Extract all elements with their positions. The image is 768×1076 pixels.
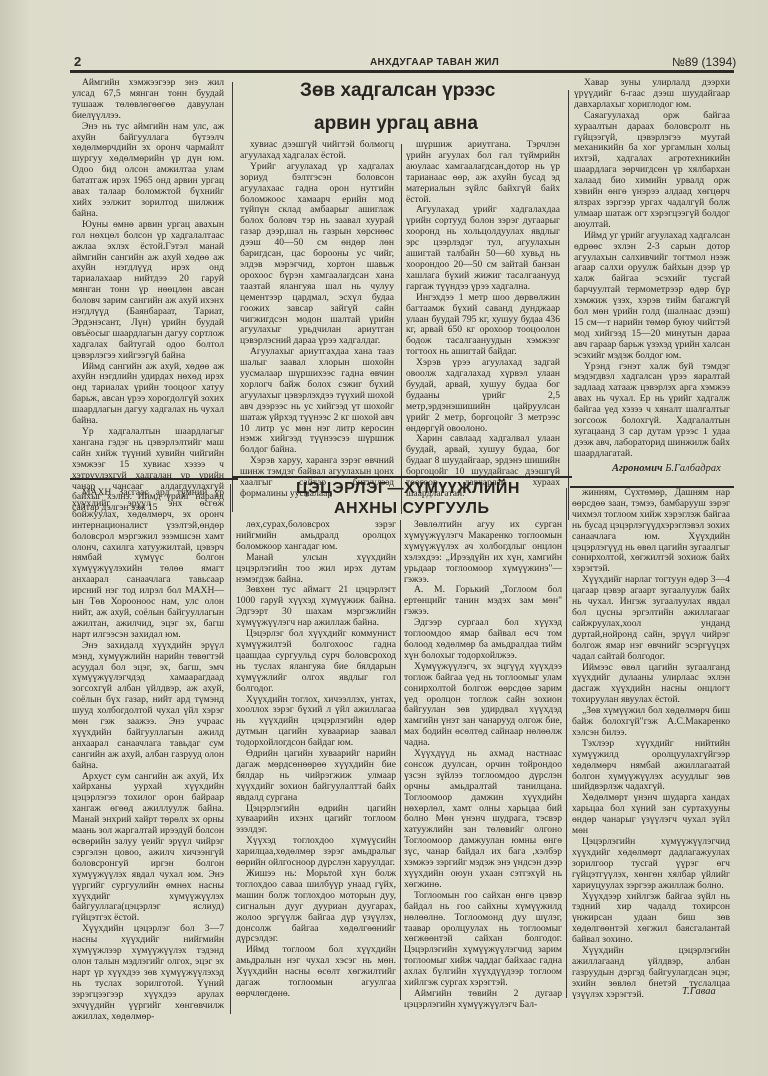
masthead-rule — [70, 70, 734, 73]
paragraph: Цэцэрлэгийн хүмүүжүүлэгчид хүүхдийг хөдө… — [572, 837, 730, 892]
paragraph: Хүүхдийн цэцэрлэг бол 3—7 насны хүүхдийг… — [72, 924, 224, 1022]
paragraph: Агуулахад үрийг хадгалахдаа үрийн сортуу… — [406, 205, 560, 292]
paragraph: Архуст сум сангийн аж ахуй, Их хайрханы … — [72, 772, 224, 925]
article1-title-line1: Зөв хадгалсан үрээс — [300, 80, 495, 102]
paragraph: МАХН Засгаас ард түмний үр хүүхдийг эрүү… — [72, 488, 224, 641]
paragraph: Тэхлээр хүүхдийг нийтийн хүмүүжилд оролц… — [572, 739, 730, 794]
paragraph: Иймд сангийн аж ахуй, хөдөө аж ахуйн нэг… — [72, 362, 224, 427]
section-divider — [70, 478, 238, 480]
paragraph: Аймгийн төвийн 2 дугаар цэцэрлэгийн хүмү… — [404, 989, 562, 1011]
paragraph: Цэцэрлэг бол хүүхдийг коммунист хүмүүжил… — [236, 629, 396, 694]
article2-column-3: Зөвлөлтийн агуу их сурган хүмүүжүүлэгч М… — [404, 520, 562, 1011]
paragraph: шүршиж ариутгана. Тэрчлэн үрийн агуулах … — [406, 140, 560, 205]
paragraph: Зөвлөлтийн агуу их сурган хүмүүжүүлэгч М… — [404, 520, 562, 585]
column-divider — [566, 488, 567, 998]
paragraph: Үрийг агуулахад үр хадгалах зориуд бэлтг… — [240, 162, 394, 347]
paragraph: Агуулахыг ариутгахдаа хана тааз шалыг за… — [240, 347, 394, 456]
paragraph: Жишээ нь: Морьтой хүн болж тоглохдоо сав… — [236, 869, 396, 945]
signature-name: Б.Галбадрах — [665, 463, 721, 474]
signature-role: Агрономич — [612, 463, 663, 474]
newspaper-page: 2 АНХДУГААР ТАВАН ЖИЛ №89 (1394) Зөв хад… — [0, 0, 768, 1076]
paragraph: „Зөв хүмүүжил бол хөдөлмөрч биш байж бол… — [572, 706, 730, 739]
paragraph: хувиас дээшгүй чийгтэй болмогц агуулахад… — [240, 140, 394, 162]
article1-column-1: Аймгийн хэмжээгээр энэ жил улсад 67,5 мя… — [72, 78, 224, 514]
paragraph: Хүүхэд тоглохдоо хүмүүсийн харилцаа,хөдө… — [236, 836, 396, 869]
paragraph: Хүмүүжүүлэгч, эх эцгүүд хүүхдээ тоглож б… — [404, 662, 562, 749]
page-number: 2 — [74, 54, 81, 69]
article1-title-line2: арвин ургац авна — [314, 113, 478, 135]
paragraph: Өдрийн цагийн хуваарийг нарийн дагаж мөр… — [236, 749, 396, 804]
paragraph: А. М. Горький „Тоглоом бол ертөнцийг тан… — [404, 585, 562, 618]
article2-title-line2: АНХНЫ СУРГУУЛЬ — [334, 500, 490, 518]
newspaper-title: АНХДУГААР ТАВАН ЖИЛ — [370, 57, 499, 68]
article1-column-2: хувиас дээшгүй чийгтэй болмогц агуулахад… — [240, 140, 394, 500]
section-divider — [232, 476, 572, 478]
paragraph: Ингэхдээ 1 метр шоо дөрвөлжин багтаамж б… — [406, 293, 560, 358]
article1-signature: Агрономич Б.Галбадрах — [612, 463, 721, 474]
paragraph: Саяагуулахад орж байгаа хураалтын дараах… — [574, 111, 730, 231]
column-divider — [230, 484, 231, 1014]
article2-column-4: жинням, Сүхтөмөр, Дашням нар өөрсдөө заа… — [572, 488, 730, 1001]
article2-column-2: лөх,сурах,боловсрох зэрэг нийгмийн амьдр… — [236, 520, 396, 1000]
paragraph: Хүүхдийн тоглох, хичээллэх, унтах, хоолл… — [236, 695, 396, 750]
paragraph: Иймд уг үрийг агуулахад хадгалсан өдрөөс… — [574, 231, 730, 362]
article1-column-4: Хавар зуны улирлалд дээрхи үрүүдийг 6-га… — [574, 78, 730, 460]
paragraph: Хүүхдээр хийлгэж байгаа зүйл нь тэдний х… — [572, 892, 730, 947]
paragraph: Хэрэв үрээ агуулахад задгай овоолж хадга… — [406, 358, 560, 434]
paragraph: Тоглоомын гоо сайхан өнгө цэвэр байдал н… — [404, 891, 562, 989]
paragraph: Үрэнд гэнэт халж буй тэмдэг мэдэгдвэл ха… — [574, 362, 730, 460]
paragraph: Цэцэрлэгийн өдрийн цагийн хуваарийн ихэн… — [236, 804, 396, 837]
article2-signature: Т.Гаваа — [682, 986, 716, 997]
paragraph: Эдгээр сургаал бол хүүхэд тоглоомдоо яма… — [404, 618, 562, 662]
paragraph: Энэ нь тус аймгийн нам улс, аж ахуйн бай… — [72, 122, 224, 220]
paragraph: Хавар зуны улирлалд дээрхи үрүүдийг 6-га… — [574, 78, 730, 111]
paragraph: Иймд тоглоом бол хүүхдийн амьдралын нэг … — [236, 945, 396, 1000]
column-divider — [401, 144, 402, 514]
paragraph: лөх,сурах,боловсрох зэрэг нийгмийн амьдр… — [236, 520, 396, 553]
paragraph: Хүүхдийг нарлаг тогтуун өдөр 3—4 цагаар … — [572, 575, 730, 662]
paragraph: Манай улсын хүүхдийн цэцэрлэгийн тоо жил… — [236, 553, 396, 586]
column-divider — [568, 90, 569, 520]
column-divider — [232, 82, 233, 512]
paragraph: Юуны өмнө арвин ургац авахын гол нөхцөл … — [72, 220, 224, 362]
article1-column-3: шүршиж ариутгана. Тэрчлэн үрийн агуулах … — [406, 140, 560, 500]
article2-column-1: МАХН Засгаас ард түмний үр хүүхдийг эрүү… — [72, 488, 224, 1022]
column-divider — [400, 520, 401, 1000]
paragraph: Иймээс өвөл цагийн зугаалганд хүүхдийг д… — [572, 663, 730, 707]
paragraph: Энэ захидалд хүүхдийн эрүүл мэнд, хүмүүж… — [72, 641, 224, 772]
paragraph: Хөдөлмөрт үнэнч шударга хандах харьцаа б… — [572, 793, 730, 837]
paragraph: жинням, Сүхтөмөр, Дашням нар өөрсдөө заа… — [572, 488, 730, 575]
issue-number: №89 (1394) — [672, 55, 736, 69]
paragraph: Зөвхөн тус аймагт 21 цэцэрлэгт 1000 гару… — [236, 585, 396, 629]
article2-title-line1: ЦЭЦЭРЛЭГ—ХҮМҮҮЖЛИЙН — [296, 480, 520, 498]
paragraph: Аймгийн хэмжээгээр энэ жил улсад 67,5 мя… — [72, 78, 224, 122]
paragraph: Хүүхдүүд нь ахмад настнаас сонсож дуулса… — [404, 749, 562, 891]
